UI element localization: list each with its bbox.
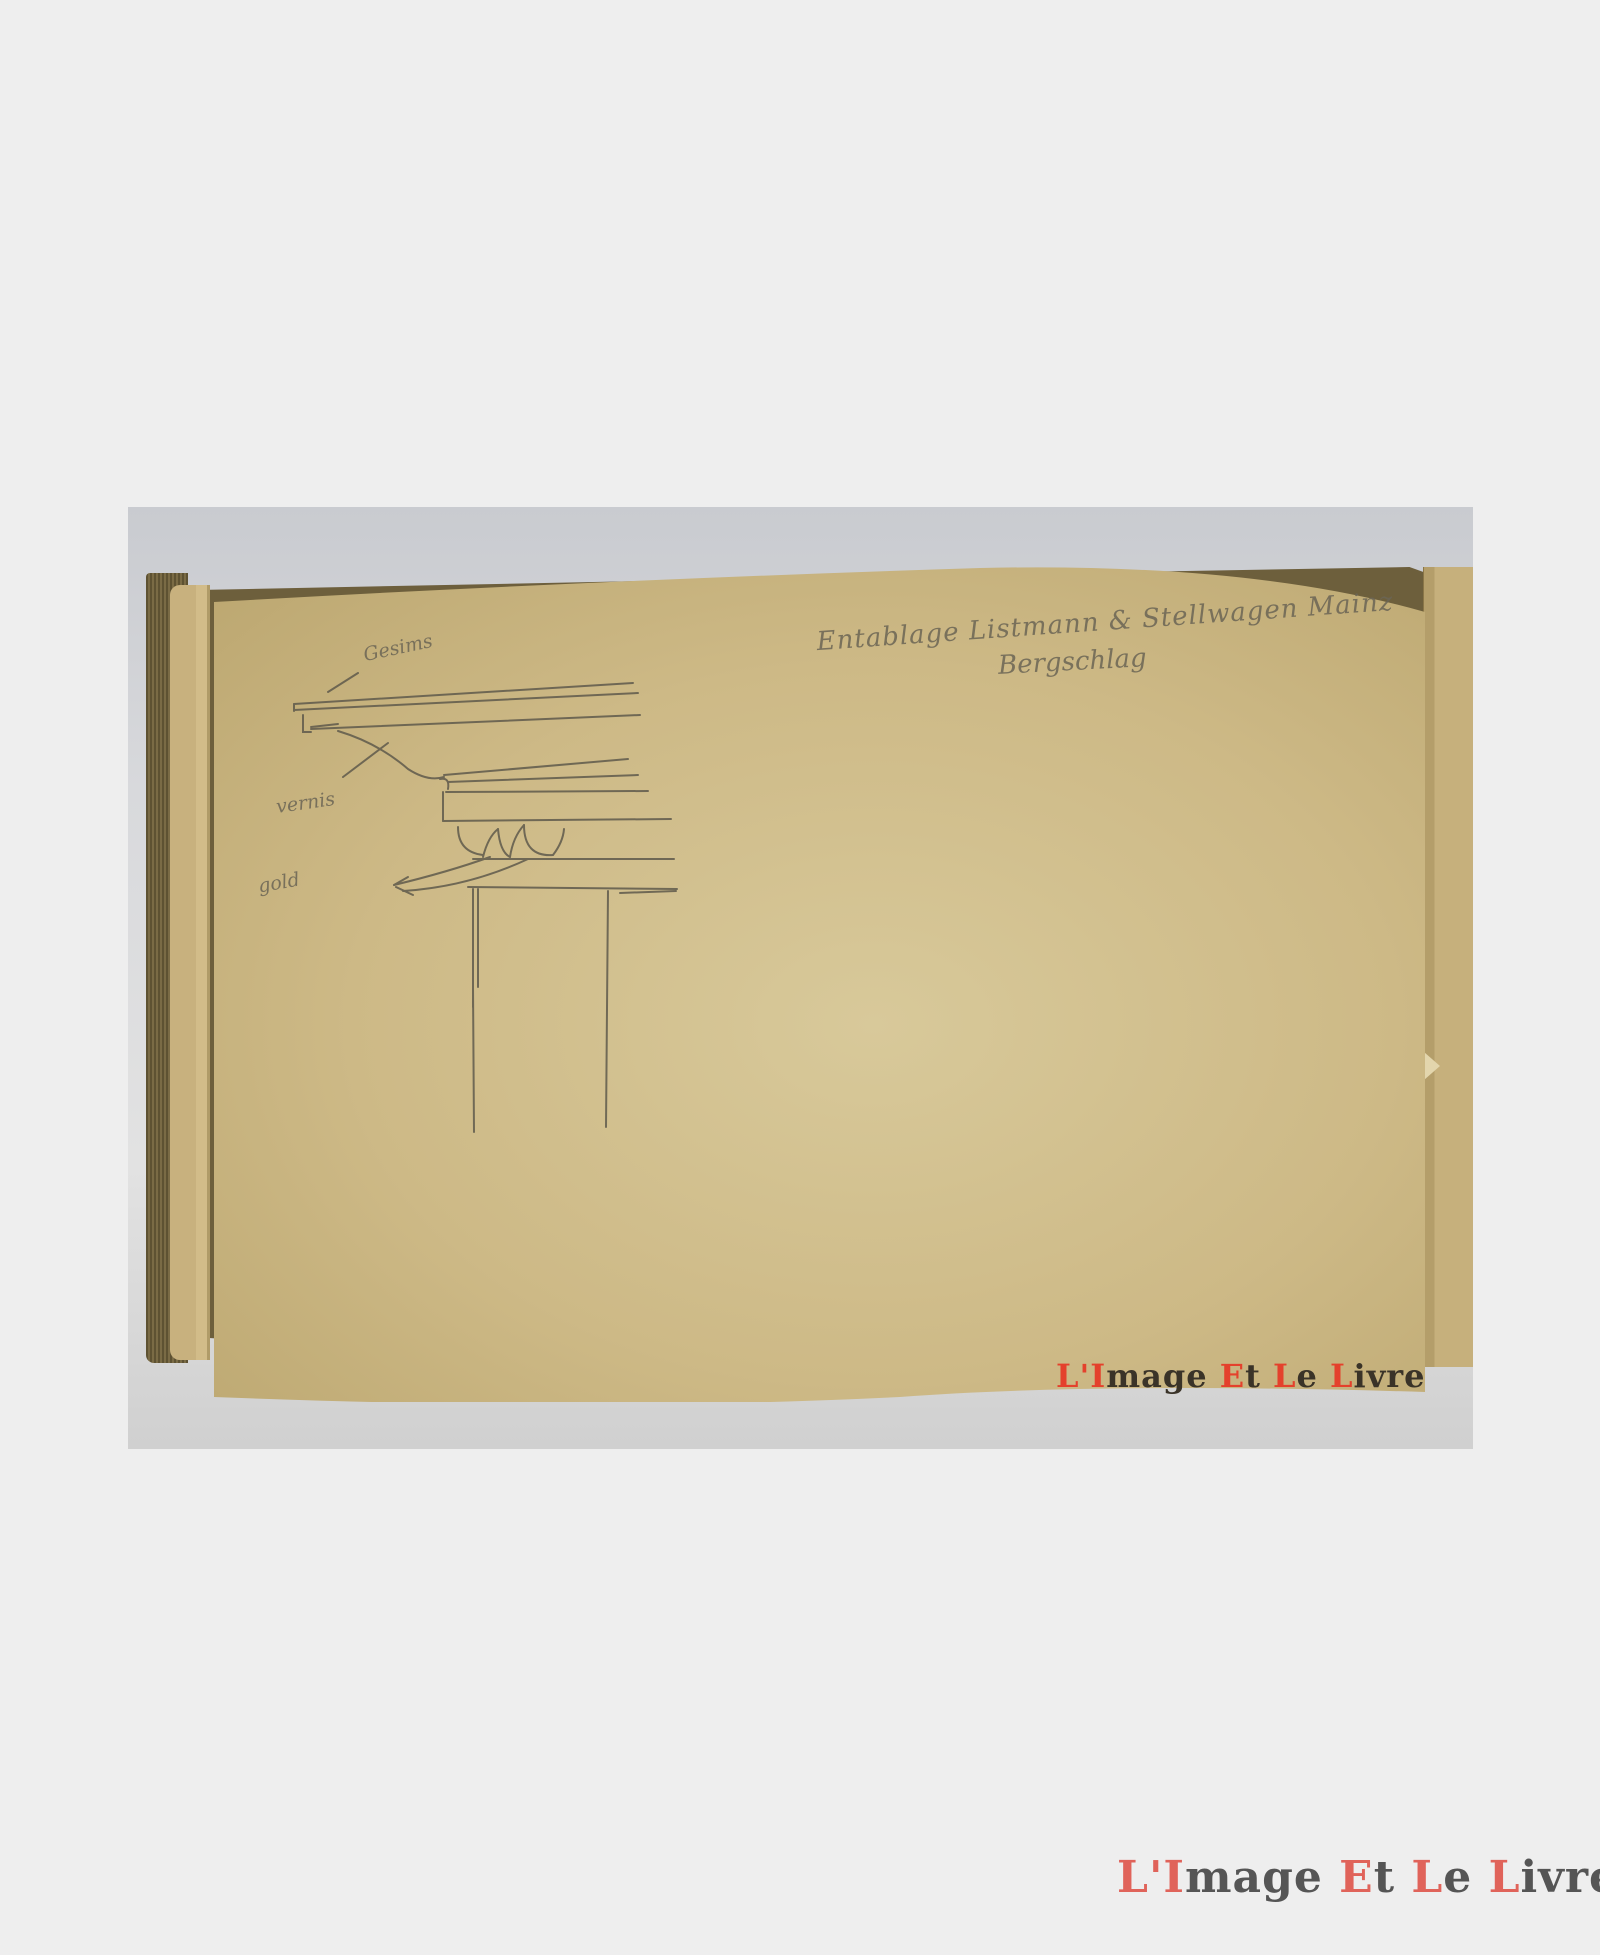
watermark-part: t: [1245, 1357, 1273, 1395]
footer-logo: L'Image Et Le Livre: [1117, 1852, 1600, 1903]
logo-part: E: [1339, 1852, 1374, 1903]
logo-part: mage: [1185, 1852, 1339, 1903]
watermark-part: mage: [1106, 1357, 1219, 1395]
logo-part: L: [1411, 1852, 1443, 1903]
photo-watermark: L'Image Et Le Livre: [1056, 1357, 1426, 1395]
watermark-part: L: [1273, 1357, 1297, 1395]
watermark-part: E: [1220, 1357, 1245, 1395]
logo-part: L'I: [1117, 1852, 1185, 1903]
watermark-part: L'I: [1056, 1357, 1106, 1395]
logo-part: L: [1489, 1852, 1521, 1903]
logo-part: e: [1443, 1852, 1488, 1903]
sketchbook-photo: Entablage Listmann & Stellwagen Mainz Be…: [128, 507, 1473, 1449]
logo-part: t: [1374, 1852, 1412, 1903]
logo-part: ivre: [1521, 1852, 1600, 1903]
watermark-part: e: [1297, 1357, 1331, 1395]
pencil-sketch-cornice: [128, 507, 1473, 1449]
watermark-part: ivre: [1354, 1357, 1426, 1395]
watermark-part: L: [1330, 1357, 1354, 1395]
